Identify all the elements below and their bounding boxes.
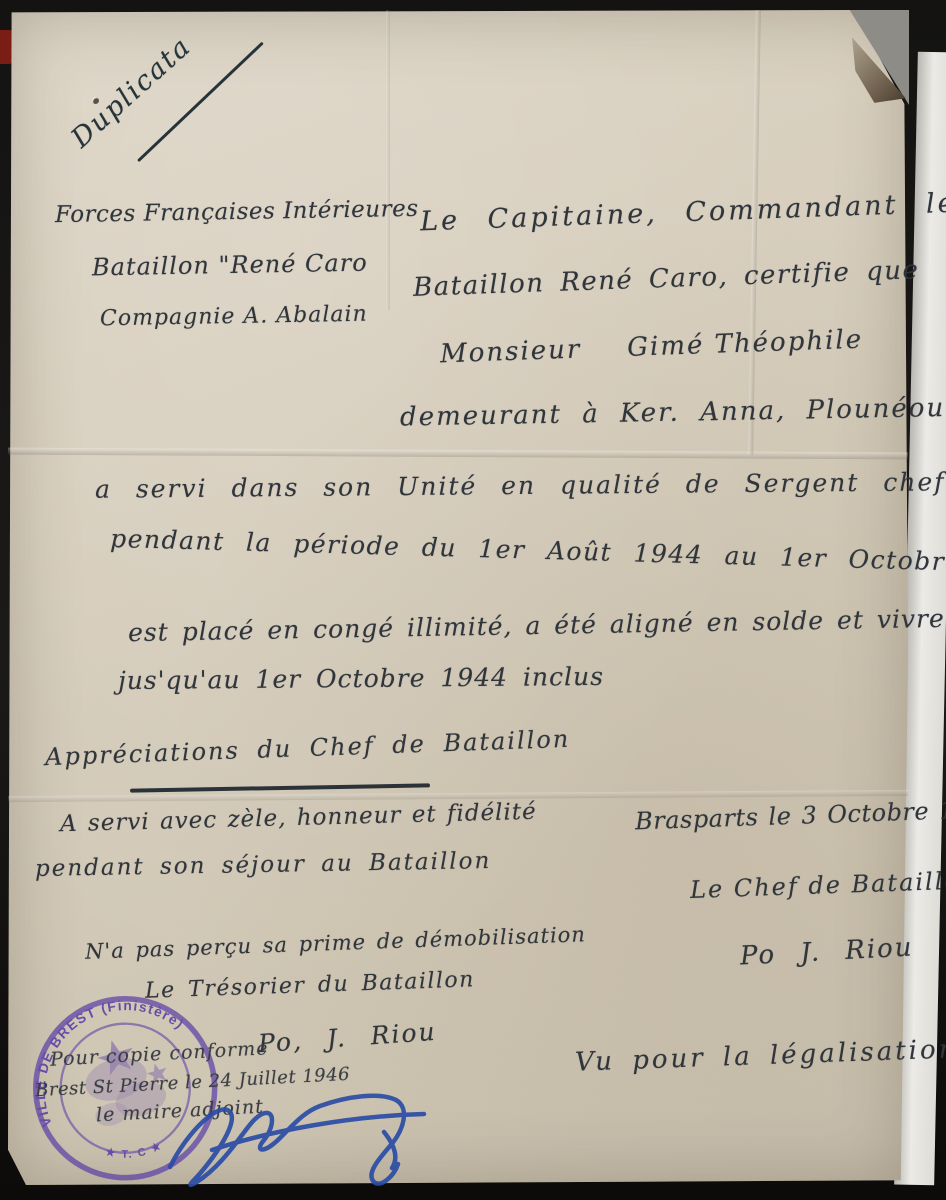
body-line-4: jus'qu'au 1er Octobre 1944 inclus — [118, 663, 604, 695]
photo-of-document: { "annotation": { "duplicata": "Duplicat… — [0, 0, 946, 1200]
certificate-line-3-title: Monsieur — [440, 334, 582, 369]
unit-header-line-3: Compagnie A. Abalain — [100, 303, 368, 332]
backdrop-red-object — [0, 30, 13, 64]
mayor-signature — [152, 1072, 442, 1197]
unit-header-line-2: Bataillon "René Caro — [92, 250, 368, 281]
